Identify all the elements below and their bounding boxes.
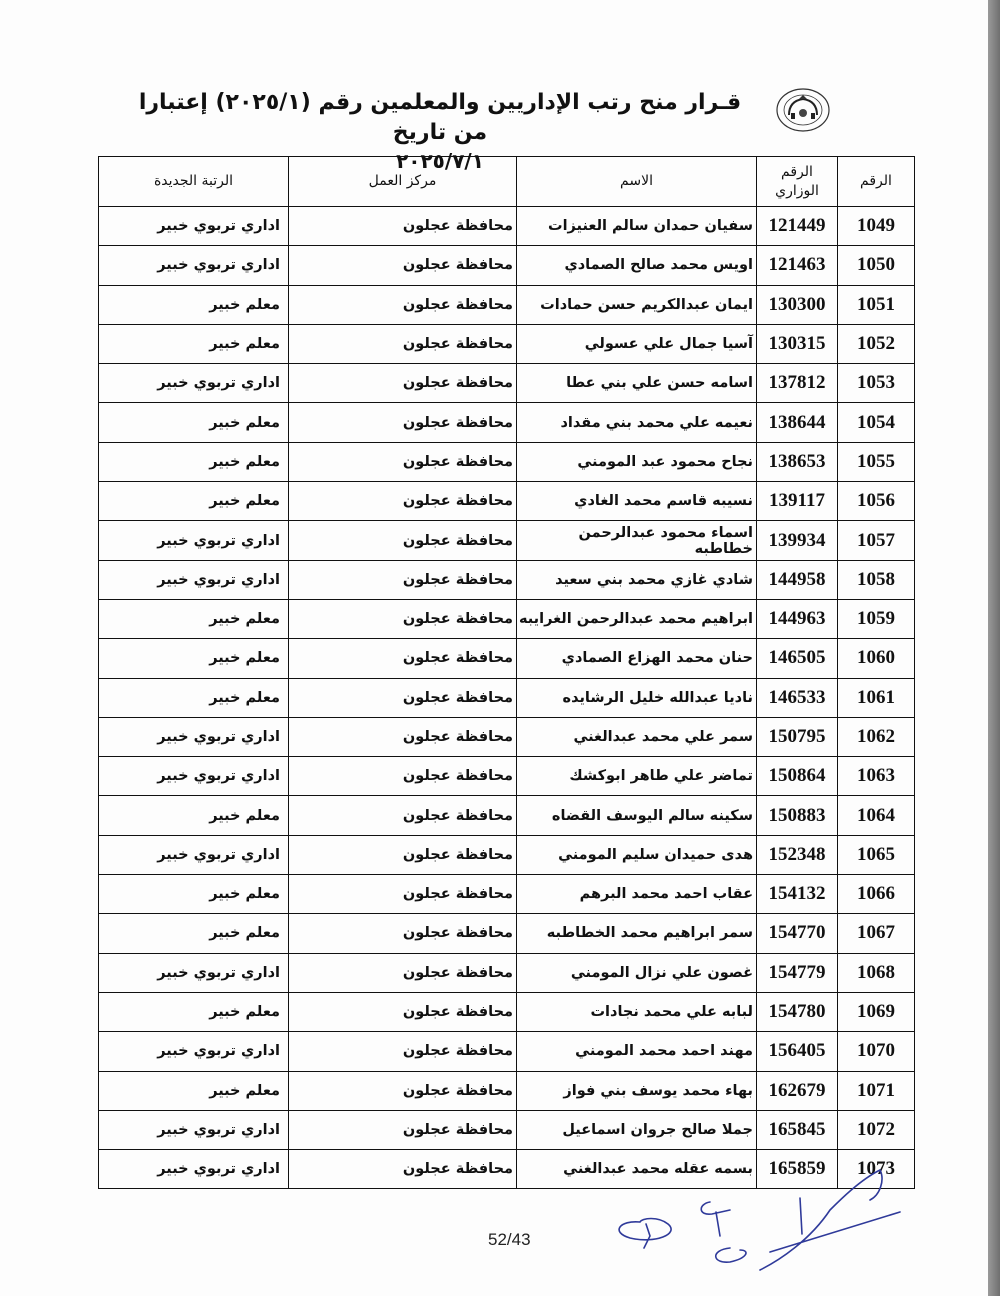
table-row: 1061146533ناديا عبدالله خليل الرشايدهمحا…: [99, 678, 915, 717]
cell-serial: 1050: [838, 246, 915, 285]
header-ministry-number: الرقم الوزاري: [757, 157, 838, 207]
table-row: 1059144963ابراهيم محمد عبدالرحمن الغرايب…: [99, 599, 915, 638]
table-row: 1053137812اسامه حسن علي بني عطامحافظة عج…: [99, 364, 915, 403]
cell-new-rank: اداري تربوي خبير: [99, 364, 289, 403]
cell-name: نجاح محمود عبد المومني: [517, 442, 757, 481]
cell-name: غصون علي نزال المومني: [517, 953, 757, 992]
signatures: [580, 1160, 940, 1290]
table-row: 1052130315آسيا جمال علي عسوليمحافظة عجلو…: [99, 324, 915, 363]
cell-work-center: محافظة عجلون: [289, 835, 517, 874]
cell-work-center: محافظة عجلون: [289, 364, 517, 403]
signature-2-icon: [701, 1202, 746, 1262]
cell-name: مهند احمد محمد المومني: [517, 1032, 757, 1071]
cell-ministry-number: 152348: [757, 835, 838, 874]
table-row: 1070156405مهند احمد محمد المومنيمحافظة ع…: [99, 1032, 915, 1071]
cell-work-center: محافظة عجلون: [289, 246, 517, 285]
cell-serial: 1049: [838, 207, 915, 246]
cell-work-center: محافظة عجلون: [289, 1110, 517, 1149]
cell-work-center: محافظة عجلون: [289, 953, 517, 992]
header-new-rank: الرتبة الجديدة: [99, 157, 289, 207]
scan-edge: [988, 0, 1000, 1296]
cell-work-center: محافظة عجلون: [289, 207, 517, 246]
table-row: 1050121463اويس محمد صالح الصماديمحافظة ع…: [99, 246, 915, 285]
cell-work-center: محافظة عجلون: [289, 717, 517, 756]
table-row: 1060146505حنان محمد الهزاع الصماديمحافظة…: [99, 639, 915, 678]
cell-ministry-number: 138653: [757, 442, 838, 481]
table-row: 1062150795سمر علي محمد عبدالغنيمحافظة عج…: [99, 717, 915, 756]
cell-work-center: محافظة عجلون: [289, 678, 517, 717]
cell-name: سمر علي محمد عبدالغني: [517, 717, 757, 756]
cell-work-center: محافظة عجلون: [289, 403, 517, 442]
cell-serial: 1059: [838, 599, 915, 638]
cell-ministry-number: 156405: [757, 1032, 838, 1071]
cell-work-center: محافظة عجلون: [289, 482, 517, 521]
cell-name: هدى حميدان سليم المومني: [517, 835, 757, 874]
cell-ministry-number: 150883: [757, 796, 838, 835]
cell-name: نعيمه علي محمد بني مقداد: [517, 403, 757, 442]
cell-ministry-number: 139934: [757, 521, 838, 560]
signature-1-icon: [619, 1219, 671, 1249]
cell-ministry-number: 144958: [757, 560, 838, 599]
cell-serial: 1062: [838, 717, 915, 756]
scanned-page: قـرار منح رتب الإداريين والمعلمين رقم (٢…: [0, 0, 988, 1296]
cell-new-rank: معلم خبير: [99, 482, 289, 521]
cell-work-center: محافظة عجلون: [289, 442, 517, 481]
cell-serial: 1063: [838, 757, 915, 796]
cell-ministry-number: 154132: [757, 875, 838, 914]
cell-ministry-number: 137812: [757, 364, 838, 403]
cell-new-rank: معلم خبير: [99, 639, 289, 678]
cell-name: بهاء محمد يوسف بني فواز: [517, 1071, 757, 1110]
cell-new-rank: معلم خبير: [99, 1071, 289, 1110]
cell-new-rank: معلم خبير: [99, 285, 289, 324]
cell-work-center: محافظة عجلون: [289, 560, 517, 599]
table-row: 1057139934اسماء محمود عبدالرحمن خطاطبهمح…: [99, 521, 915, 560]
cell-name: سمر ابراهيم محمد الخطاطبه: [517, 914, 757, 953]
cell-serial: 1066: [838, 875, 915, 914]
cell-ministry-number: 130315: [757, 324, 838, 363]
cell-new-rank: اداري تربوي خبير: [99, 757, 289, 796]
cell-ministry-number: 130300: [757, 285, 838, 324]
cell-serial: 1057: [838, 521, 915, 560]
cell-name: لبابه علي محمد نجادات: [517, 992, 757, 1031]
cell-ministry-number: 154780: [757, 992, 838, 1031]
cell-serial: 1065: [838, 835, 915, 874]
cell-name: شادي غازي محمد بني سعيد: [517, 560, 757, 599]
cell-new-rank: اداري تربوي خبير: [99, 717, 289, 756]
table-row: 1063150864تماضر علي طاهر ابوكشكمحافظة عج…: [99, 757, 915, 796]
cell-serial: 1054: [838, 403, 915, 442]
cell-ministry-number: 121463: [757, 246, 838, 285]
table-row: 1068154779غصون علي نزال المومنيمحافظة عج…: [99, 953, 915, 992]
table-row: 1066154132عقاب احمد محمد البرهممحافظة عج…: [99, 875, 915, 914]
header-serial: الرقم: [838, 157, 915, 207]
cell-serial: 1068: [838, 953, 915, 992]
cell-ministry-number: 154779: [757, 953, 838, 992]
cell-ministry-number: 146533: [757, 678, 838, 717]
cell-serial: 1070: [838, 1032, 915, 1071]
table-row: 1067154770سمر ابراهيم محمد الخطاطبهمحافظ…: [99, 914, 915, 953]
cell-new-rank: معلم خبير: [99, 442, 289, 481]
cell-serial: 1064: [838, 796, 915, 835]
cell-name: حنان محمد الهزاع الصمادي: [517, 639, 757, 678]
cell-serial: 1067: [838, 914, 915, 953]
cell-work-center: محافظة عجلون: [289, 1150, 517, 1189]
cell-new-rank: معلم خبير: [99, 403, 289, 442]
cell-new-rank: اداري تربوي خبير: [99, 246, 289, 285]
cell-new-rank: اداري تربوي خبير: [99, 521, 289, 560]
cell-work-center: محافظة عجلون: [289, 757, 517, 796]
cell-name: ايمان عبدالكريم حسن حمادات: [517, 285, 757, 324]
cell-ministry-number: 139117: [757, 482, 838, 521]
cell-serial: 1060: [838, 639, 915, 678]
cell-name: سفيان حمدان سالم العنيزات: [517, 207, 757, 246]
cell-name: جملا صالح جروان اسماعيل: [517, 1110, 757, 1149]
table-row: 1054138644نعيمه علي محمد بني مقدادمحافظة…: [99, 403, 915, 442]
cell-name: اسماء محمود عبدالرحمن خطاطبه: [517, 521, 757, 560]
cell-name: نسيبه قاسم محمد الغادي: [517, 482, 757, 521]
signature-3-icon: [760, 1170, 900, 1270]
cell-name: ناديا عبدالله خليل الرشايده: [517, 678, 757, 717]
cell-ministry-number: 150864: [757, 757, 838, 796]
cell-work-center: محافظة عجلون: [289, 324, 517, 363]
table-row: 1055138653نجاح محمود عبد المومنيمحافظة ع…: [99, 442, 915, 481]
table-header-row: الرقم الرقم الوزاري الاسم مركز العمل الر…: [99, 157, 915, 207]
table-row: 1069154780لبابه علي محمد نجاداتمحافظة عج…: [99, 992, 915, 1031]
cell-new-rank: اداري تربوي خبير: [99, 560, 289, 599]
cell-serial: 1056: [838, 482, 915, 521]
cell-ministry-number: 144963: [757, 599, 838, 638]
table-row: 1049121449سفيان حمدان سالم العنيزاتمحافظ…: [99, 207, 915, 246]
cell-new-rank: معلم خبير: [99, 678, 289, 717]
cell-name: عقاب احمد محمد البرهم: [517, 875, 757, 914]
cell-name: ابراهيم محمد عبدالرحمن الغرايبه: [517, 599, 757, 638]
cell-ministry-number: 138644: [757, 403, 838, 442]
cell-new-rank: اداري تربوي خبير: [99, 953, 289, 992]
cell-ministry-number: 150795: [757, 717, 838, 756]
cell-new-rank: اداري تربوي خبير: [99, 1110, 289, 1149]
cell-serial: 1061: [838, 678, 915, 717]
cell-new-rank: معلم خبير: [99, 914, 289, 953]
cell-work-center: محافظة عجلون: [289, 639, 517, 678]
table-row: 1065152348هدى حميدان سليم المومنيمحافظة …: [99, 835, 915, 874]
cell-work-center: محافظة عجلون: [289, 992, 517, 1031]
cell-ministry-number: 146505: [757, 639, 838, 678]
cell-serial: 1058: [838, 560, 915, 599]
cell-name: اسامه حسن علي بني عطا: [517, 364, 757, 403]
table-row: 1056139117نسيبه قاسم محمد الغاديمحافظة ع…: [99, 482, 915, 521]
cell-new-rank: اداري تربوي خبير: [99, 207, 289, 246]
table-row: 1064150883سكينه سالم اليوسف القضاهمحافظة…: [99, 796, 915, 835]
table-row: 1051130300ايمان عبدالكريم حسن حماداتمحاف…: [99, 285, 915, 324]
cell-work-center: محافظة عجلون: [289, 599, 517, 638]
table-row: 1071162679بهاء محمد يوسف بني فوازمحافظة …: [99, 1071, 915, 1110]
cell-serial: 1072: [838, 1110, 915, 1149]
cell-serial: 1069: [838, 992, 915, 1031]
cell-serial: 1052: [838, 324, 915, 363]
cell-new-rank: اداري تربوي خبير: [99, 1150, 289, 1189]
cell-name: اويس محمد صالح الصمادي: [517, 246, 757, 285]
table-row: 1058144958شادي غازي محمد بني سعيدمحافظة …: [99, 560, 915, 599]
cell-work-center: محافظة عجلون: [289, 1071, 517, 1110]
cell-new-rank: اداري تربوي خبير: [99, 835, 289, 874]
cell-serial: 1053: [838, 364, 915, 403]
header-work-center: مركز العمل: [289, 157, 517, 207]
cell-work-center: محافظة عجلون: [289, 521, 517, 560]
table-row: 1072165845جملا صالح جروان اسماعيلمحافظة …: [99, 1110, 915, 1149]
cell-name: آسيا جمال علي عسولي: [517, 324, 757, 363]
cell-work-center: محافظة عجلون: [289, 875, 517, 914]
page-number: 52/43: [488, 1230, 531, 1250]
ministry-emblem-icon: [775, 87, 831, 133]
cell-work-center: محافظة عجلون: [289, 914, 517, 953]
cell-new-rank: معلم خبير: [99, 324, 289, 363]
title-line-1: قـرار منح رتب الإداريين والمعلمين رقم (٢…: [139, 90, 741, 145]
cell-work-center: محافظة عجلون: [289, 285, 517, 324]
cell-new-rank: اداري تربوي خبير: [99, 1032, 289, 1071]
cell-name: تماضر علي طاهر ابوكشك: [517, 757, 757, 796]
cell-work-center: محافظة عجلون: [289, 796, 517, 835]
cell-ministry-number: 162679: [757, 1071, 838, 1110]
cell-new-rank: معلم خبير: [99, 875, 289, 914]
cell-new-rank: معلم خبير: [99, 796, 289, 835]
promotions-table: الرقم الرقم الوزاري الاسم مركز العمل الر…: [98, 156, 915, 1189]
cell-ministry-number: 154770: [757, 914, 838, 953]
cell-serial: 1071: [838, 1071, 915, 1110]
cell-new-rank: معلم خبير: [99, 599, 289, 638]
cell-work-center: محافظة عجلون: [289, 1032, 517, 1071]
header-name: الاسم: [517, 157, 757, 207]
cell-ministry-number: 165845: [757, 1110, 838, 1149]
cell-new-rank: معلم خبير: [99, 992, 289, 1031]
cell-name: سكينه سالم اليوسف القضاه: [517, 796, 757, 835]
cell-ministry-number: 121449: [757, 207, 838, 246]
cell-serial: 1051: [838, 285, 915, 324]
cell-serial: 1055: [838, 442, 915, 481]
